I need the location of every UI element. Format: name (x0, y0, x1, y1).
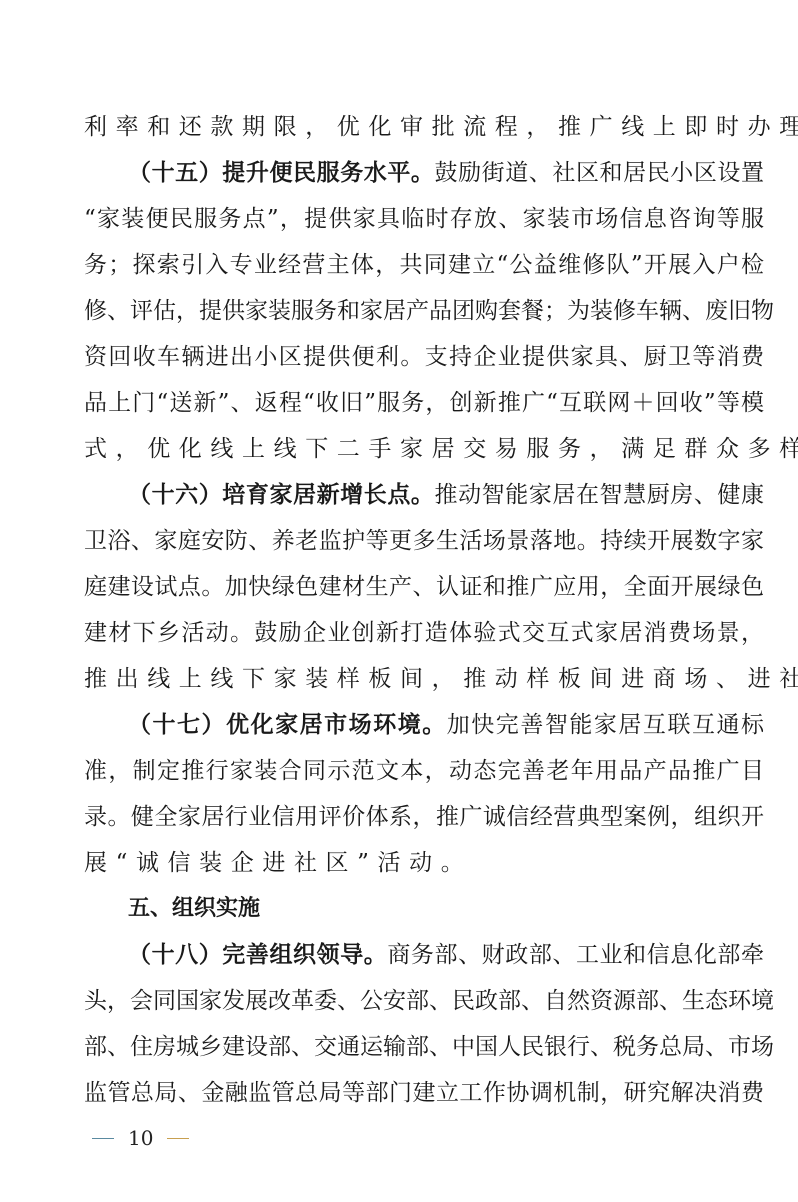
page-number: 10 (128, 1126, 153, 1150)
paragraph-15-line: 修、评估，提供家装服务和家居产品团购套餐；为装修车辆、废旧物 (84, 288, 764, 334)
paragraph-17-line: 录。健全家居行业信用评价体系，推广诚信经营典型案例，组织开 (84, 794, 764, 840)
paragraph-continuation-line: 利率和还款期限，优化审批流程，推广线上即时办理。 (84, 104, 764, 150)
paragraph-16-line: 建材下乡活动。鼓励企业创新打造体验式交互式家居消费场景， (84, 610, 764, 656)
paragraph-17-heading: （十七）优化家居市场环境。 (128, 711, 447, 738)
footer-dash-left (92, 1138, 114, 1139)
paragraph-18-line: 头，会同国家发展改革委、公安部、民政部、自然资源部、生态环境 (84, 978, 764, 1024)
paragraph-17-text: 加快完善智能家居互联互通标 (447, 712, 764, 738)
paragraph-18-line-1: （十八）完善组织领导。商务部、财政部、工业和信息化部牵 (84, 932, 764, 978)
paragraph-16-line: 推出线上线下家装样板间，推动样板间进商场、进社区、进平台。 (84, 656, 764, 702)
paragraph-18-text: 商务部、财政部、工业和信息化部牵 (387, 942, 764, 968)
paragraph-16-text: 推动智能家居在智慧厨房、健康 (435, 482, 765, 508)
paragraph-17-line: 展“诚信装企进社区”活动。 (84, 840, 764, 886)
page-footer: 10 (92, 1126, 189, 1150)
paragraph-15-line-1: （十五）提升便民服务水平。鼓励街道、社区和居民小区设置 (84, 150, 764, 196)
paragraph-16-line-1: （十六）培育家居新增长点。推动智能家居在智慧厨房、健康 (84, 472, 764, 518)
paragraph-18-line: 部、住房城乡建设部、交通运输部、中国人民银行、税务总局、市场 (84, 1024, 764, 1070)
paragraph-16-heading: （十六）培育家居新增长点。 (128, 481, 435, 508)
paragraph-18-line: 监管总局、金融监管总局等部门建立工作协调机制，研究解决消费 (84, 1070, 764, 1116)
paragraph-15-line: 式，优化线上线下二手家居交易服务，满足群众多样化需求。 (84, 426, 764, 472)
paragraph-15-text: 鼓励街道、社区和居民小区设置 (435, 160, 765, 186)
section-heading: 五、组织实施 (84, 886, 764, 932)
paragraph-15-heading: （十五）提升便民服务水平。 (128, 159, 435, 186)
paragraph-17-line: 准，制定推行家装合同示范文本，动态完善老年用品产品推广目 (84, 748, 764, 794)
paragraph-15-line: 资回收车辆进出小区提供便利。支持企业提供家具、厨卫等消费 (84, 334, 764, 380)
paragraph-17-line-1: （十七）优化家居市场环境。加快完善智能家居互联互通标 (84, 702, 764, 748)
paragraph-15-line: 务；探索引入专业经营主体，共同建立“公益维修队”开展入户检 (84, 242, 764, 288)
paragraph-16-line: 庭建设试点。加快绿色建材生产、认证和推广应用，全面开展绿色 (84, 564, 764, 610)
paragraph-16-line: 卫浴、家庭安防、养老监护等更多生活场景落地。持续开展数字家 (84, 518, 764, 564)
footer-dash-right (167, 1138, 189, 1139)
document-page: 利率和还款期限，优化审批流程，推广线上即时办理。 （十五）提升便民服务水平。鼓励… (84, 104, 764, 1116)
paragraph-15-line: 品上门“送新”、返程“收旧”服务，创新推广“互联网＋回收”等模 (84, 380, 764, 426)
paragraph-15-line: “家装便民服务点”，提供家具临时存放、家装市场信息咨询等服 (84, 196, 764, 242)
paragraph-18-heading: （十八）完善组织领导。 (128, 941, 387, 968)
